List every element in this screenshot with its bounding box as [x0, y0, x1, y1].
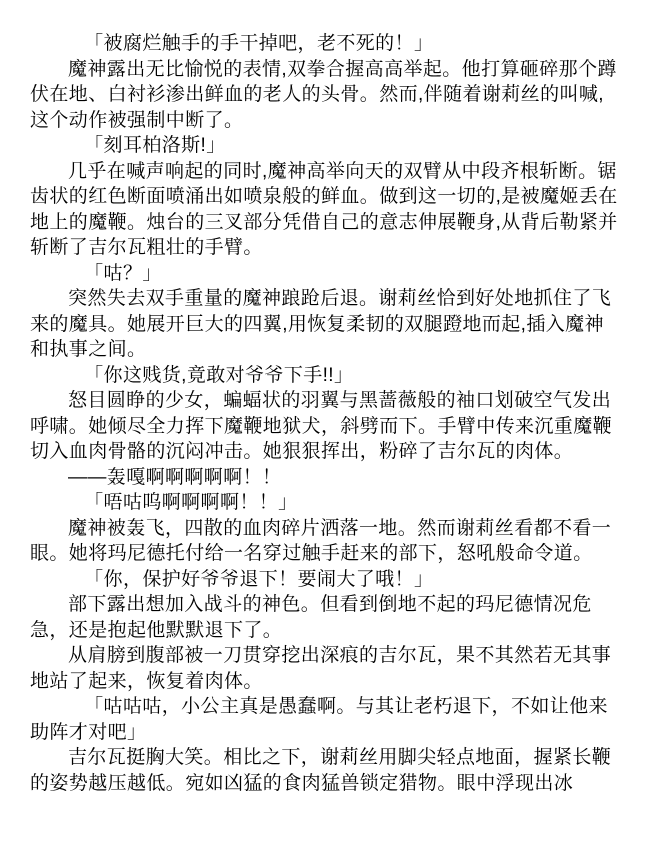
- paragraph-narrative: ——轰嘎啊啊啊啊啊！！: [30, 465, 620, 491]
- paragraph-dialogue: 「你这贱货,竟敢对爷爷下手!!」: [30, 363, 620, 389]
- reader-page: 「被腐烂触手的手干掉吧，老不死的！」魔神露出无比愉悦的表情,双拳合握高高举起。他…: [0, 0, 650, 850]
- paragraph-dialogue: 「咕？」: [30, 261, 620, 287]
- paragraph-dialogue: 「咕咕咕，小公主真是愚蠢啊。与其让老朽退下，不如让他来助阵才对吧」: [30, 694, 620, 745]
- paragraph-dialogue: 「刻耳柏洛斯!」: [30, 133, 620, 159]
- paragraph-narrative: 魔神被轰飞，四散的血肉碎片洒落一地。然而谢莉丝看都不看一眼。她将玛尼德托付给一名…: [30, 516, 620, 567]
- paragraph-narrative: 几乎在喊声响起的同时,魔神高举向天的双臂从中段齐根斩断。锯齿状的红色断面喷涌出如…: [30, 159, 620, 261]
- paragraph-narrative: 部下露出想加入战斗的神色。但看到倒地不起的玛尼德情况危急，还是抱起他默默退下了。: [30, 592, 620, 643]
- paragraph-dialogue: 「唔咕呜啊啊啊啊！！」: [30, 490, 620, 516]
- paragraph-narrative: 怒目圆睁的少女，蝙蝠状的羽翼与黑蔷薇般的袖口划破空气发出呼啸。她倾尽全力挥下魔鞭…: [30, 388, 620, 465]
- paragraph-narrative: 吉尔瓦挺胸大笑。相比之下，谢莉丝用脚尖轻点地面，握紧长鞭的姿势越压越低。宛如凶猛…: [30, 745, 620, 796]
- paragraph-narrative: 突然失去双手重量的魔神踉跄后退。谢莉丝恰到好处地抓住了飞来的魔具。她展开巨大的四…: [30, 286, 620, 363]
- paragraph-narrative: 魔神露出无比愉悦的表情,双拳合握高高举起。他打算砸碎那个蹲伏在地、白衬衫渗出鲜血…: [30, 57, 620, 134]
- paragraph-dialogue: 「被腐烂触手的手干掉吧，老不死的！」: [30, 31, 620, 57]
- paragraph-narrative: 从肩膀到腹部被一刀贯穿挖出深痕的吉尔瓦，果不其然若无其事地站了起来，恢复着肉体。: [30, 643, 620, 694]
- paragraph-dialogue: 「你，保护好爷爷退下！要闹大了哦！」: [30, 567, 620, 593]
- page-text: 「被腐烂触手的手干掉吧，老不死的！」魔神露出无比愉悦的表情,双拳合握高高举起。他…: [30, 31, 620, 796]
